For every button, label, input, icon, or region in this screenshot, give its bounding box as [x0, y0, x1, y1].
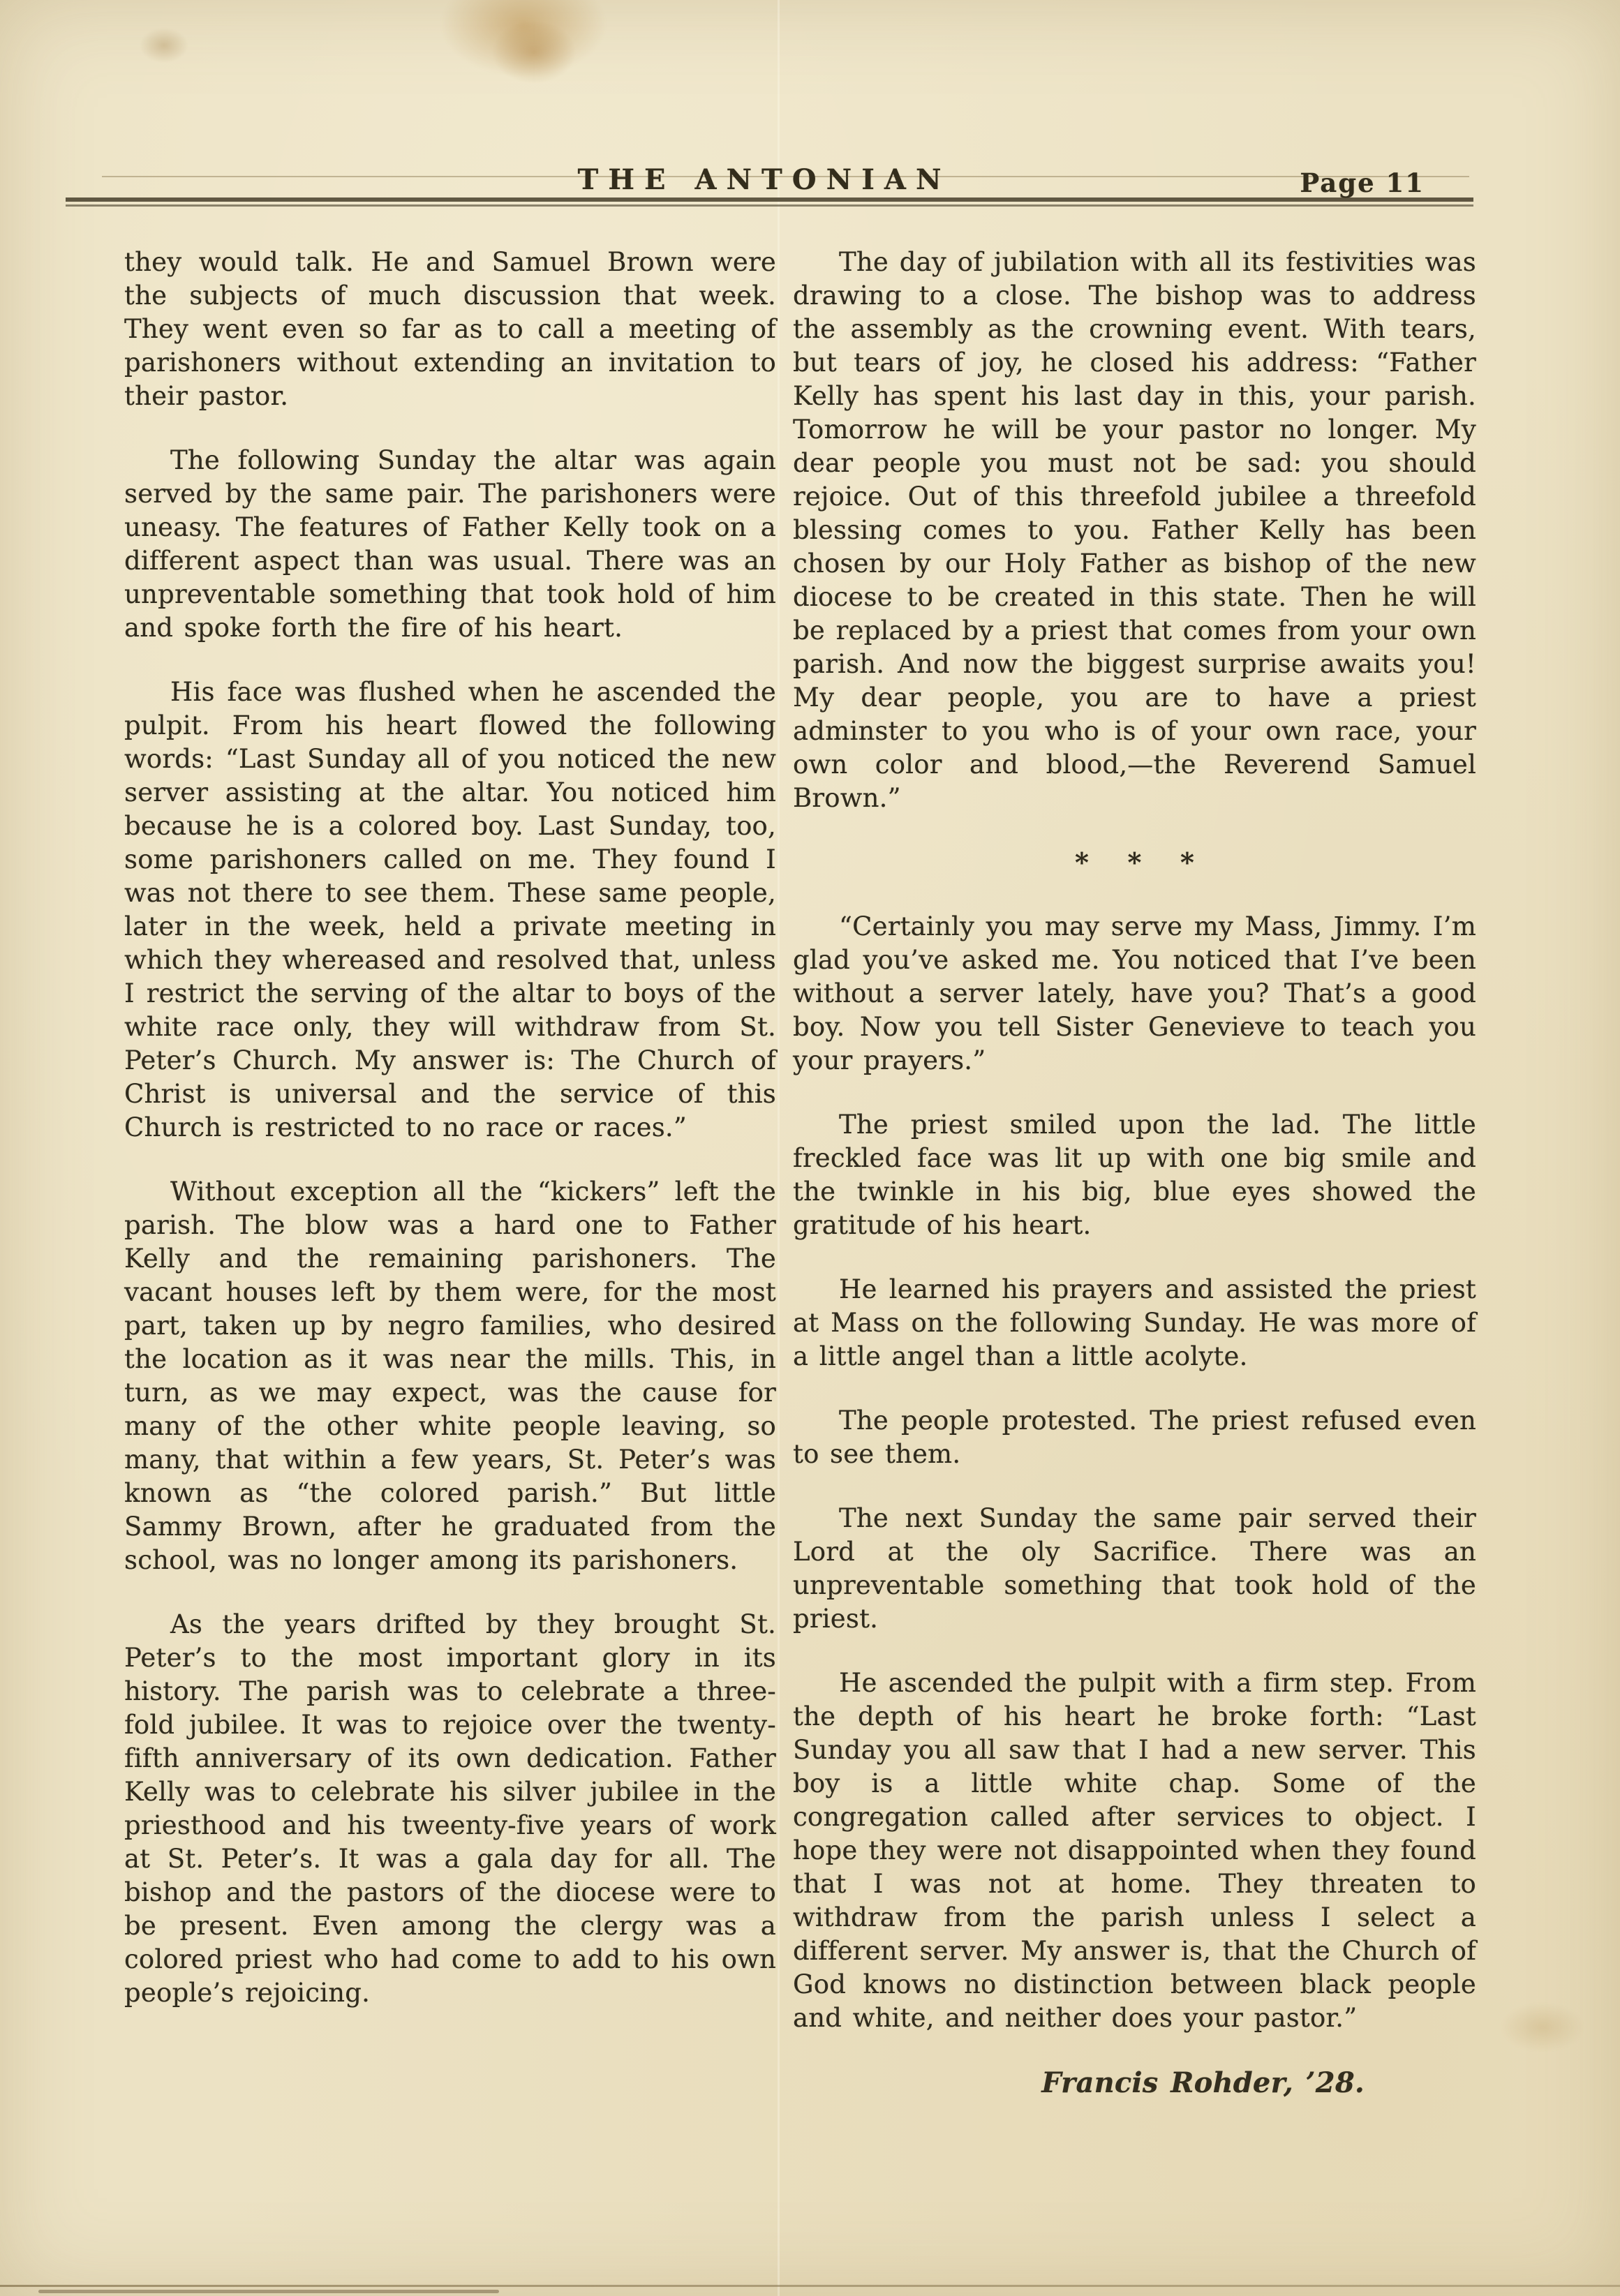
paragraph: The day of jubilation with all its festi…: [793, 246, 1476, 815]
paragraph: The following Sunday the altar was again…: [124, 444, 776, 645]
paper-stain: [440, 0, 607, 77]
paragraph: “Certainly you may serve my Mass, Jimmy.…: [793, 910, 1476, 1078]
paper-stain: [492, 21, 576, 84]
bottom-crease: [0, 2285, 1620, 2287]
header-double-rule: [66, 197, 1473, 207]
masthead-title: THE ANTONIAN: [577, 165, 951, 195]
bottom-crease-shadow: [38, 2290, 499, 2293]
paragraph: His face was flushed when he ascended th…: [124, 676, 776, 1145]
paragraph: He ascended the pulpit with a firm step.…: [793, 1667, 1476, 2035]
right-column: The day of jubilation with all its festi…: [793, 246, 1476, 2101]
article-body: they would talk. He and Samuel Brown wer…: [124, 246, 1476, 2101]
paragraph: He learned his prayers and assisted the …: [793, 1273, 1476, 1373]
page-number: Page 11: [1300, 167, 1425, 198]
paper-stain: [140, 28, 188, 63]
paper-stain: [1501, 2003, 1584, 2052]
left-column: they would talk. He and Samuel Brown wer…: [124, 246, 776, 2101]
paragraph: As the years drifted by they brought St.…: [124, 1608, 776, 2010]
author-signature: Francis Rohder, ’28.: [793, 2066, 1476, 2101]
paragraph: The people protested. The priest refused…: [793, 1404, 1476, 1471]
paragraph: Without exception all the “kickers” left…: [124, 1175, 776, 1577]
paragraph: The next Sunday the same pair served the…: [793, 1502, 1476, 1636]
section-divider: * * *: [793, 846, 1476, 879]
paragraph: The priest smiled upon the lad. The litt…: [793, 1108, 1476, 1242]
paragraph: they would talk. He and Samuel Brown wer…: [124, 246, 776, 413]
magazine-page: THE ANTONIAN Page 11 they would talk. He…: [0, 0, 1620, 2296]
